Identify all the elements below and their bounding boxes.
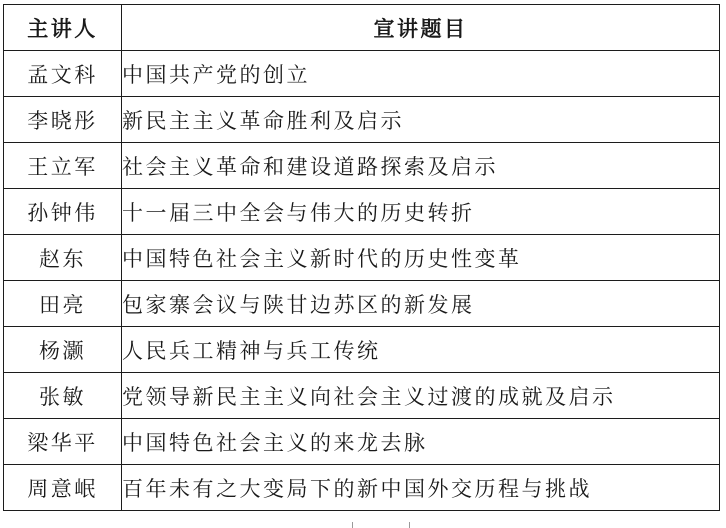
topic-cell: 新民主主义革命胜利及启示	[122, 97, 720, 143]
topic-cell: 百年未有之大变局下的新中国外交历程与挑战	[122, 465, 720, 511]
topic-cell: 人民兵工精神与兵工传统	[122, 327, 720, 373]
table-header-topic: 宣讲题目	[122, 5, 720, 51]
topic-cell: 中国共产党的创立	[122, 51, 720, 97]
topic-cell: 中国特色社会主义的来龙去脉	[122, 419, 720, 465]
speaker-cell: 孟文科	[4, 51, 122, 97]
table-row: 王立军 社会主义革命和建设道路探索及启示	[4, 143, 720, 189]
table-header-row: 主讲人 宣讲题目	[4, 5, 720, 51]
topic-cell: 社会主义革命和建设道路探索及启示	[122, 143, 720, 189]
topic-cell: 十一届三中全会与伟大的历史转折	[122, 189, 720, 235]
table-row: 杨灏 人民兵工精神与兵工传统	[4, 327, 720, 373]
speaker-cell: 梁华平	[4, 419, 122, 465]
table-row: 田亮 包家寨会议与陕甘边苏区的新发展	[4, 281, 720, 327]
speaker-cell: 田亮	[4, 281, 122, 327]
table-row: 赵东 中国特色社会主义新时代的历史性变革	[4, 235, 720, 281]
table-row: 周意岷 百年未有之大变局下的新中国外交历程与挑战	[4, 465, 720, 511]
speaker-cell: 王立军	[4, 143, 122, 189]
speakers-table: 主讲人 宣讲题目 孟文科 中国共产党的创立 李晓彤 新民主主义革命胜利及启示 王…	[3, 4, 720, 511]
table-row: 李晓彤 新民主主义革命胜利及启示	[4, 97, 720, 143]
table-continuation-mark	[352, 522, 410, 528]
speaker-cell: 赵东	[4, 235, 122, 281]
table-row: 孟文科 中国共产党的创立	[4, 51, 720, 97]
topic-cell: 包家寨会议与陕甘边苏区的新发展	[122, 281, 720, 327]
table-header-speaker: 主讲人	[4, 5, 122, 51]
speaker-cell: 杨灏	[4, 327, 122, 373]
table-row: 张敏 党领导新民主主义向社会主义过渡的成就及启示	[4, 373, 720, 419]
topic-cell: 中国特色社会主义新时代的历史性变革	[122, 235, 720, 281]
speaker-cell: 周意岷	[4, 465, 122, 511]
speaker-cell: 李晓彤	[4, 97, 122, 143]
table-row: 孙钟伟 十一届三中全会与伟大的历史转折	[4, 189, 720, 235]
topic-cell: 党领导新民主主义向社会主义过渡的成就及启示	[122, 373, 720, 419]
table-row: 梁华平 中国特色社会主义的来龙去脉	[4, 419, 720, 465]
speaker-cell: 孙钟伟	[4, 189, 122, 235]
speaker-cell: 张敏	[4, 373, 122, 419]
document-page: 主讲人 宣讲题目 孟文科 中国共产党的创立 李晓彤 新民主主义革命胜利及启示 王…	[0, 0, 726, 528]
